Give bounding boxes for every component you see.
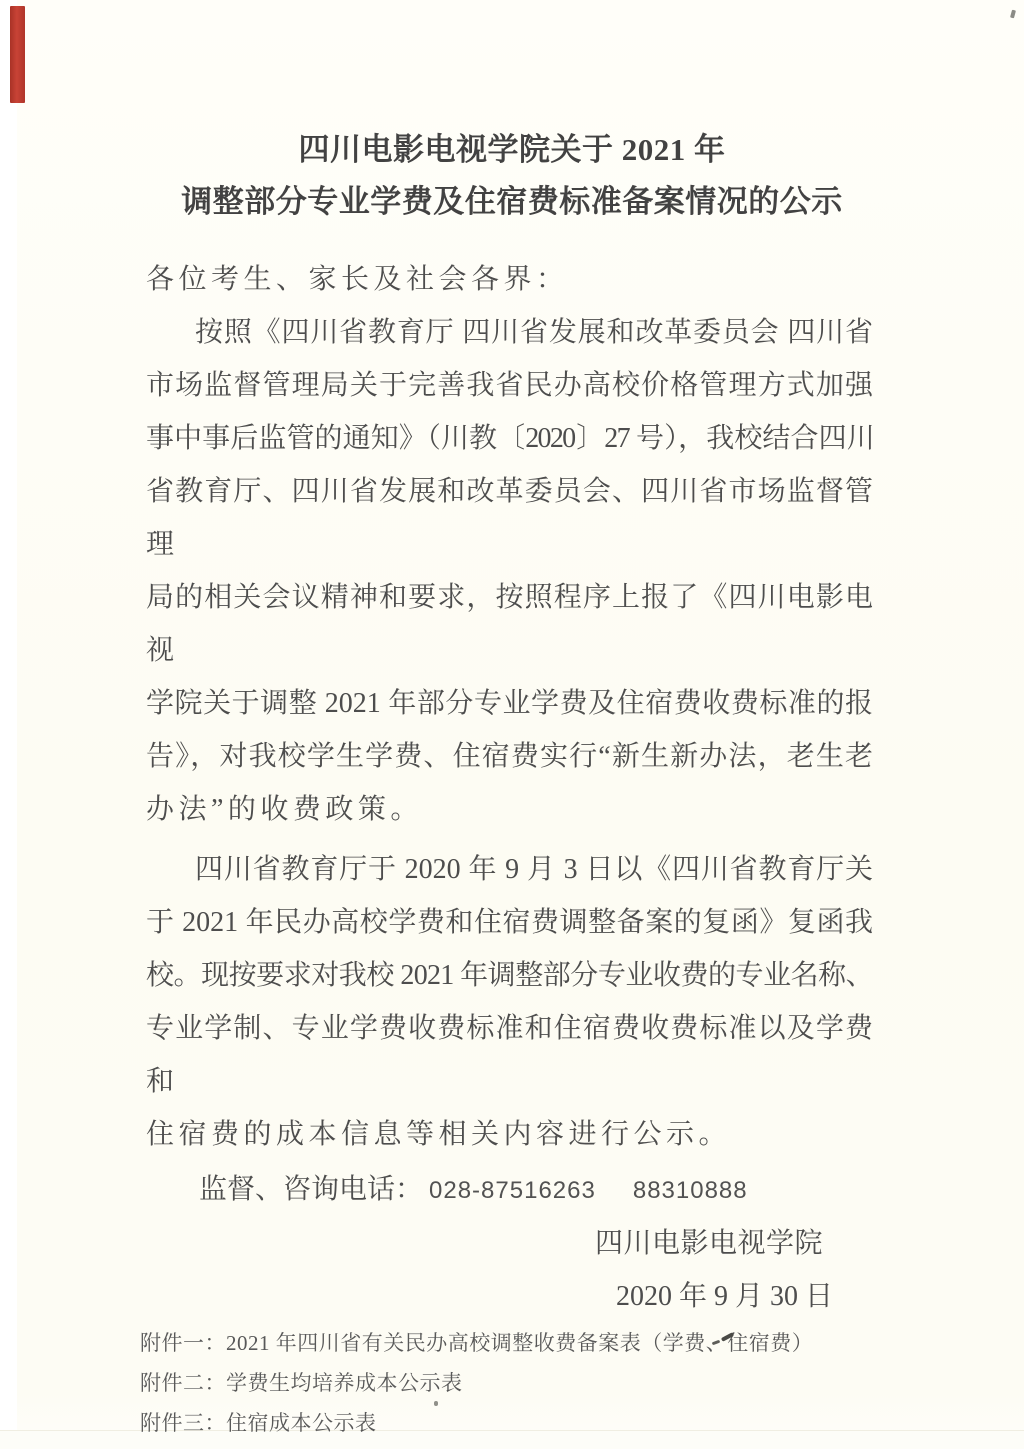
body-line: 局的相关会议精神和要求，按照程序上报了《四川电影电视	[146, 571, 873, 677]
document-body: 各位考生、家长及社会各界： 按照《四川省教育厅 四川省发展和改革委员会 四川省 …	[146, 253, 873, 1443]
paragraph-1: 按照《四川省教育厅 四川省发展和改革委员会 四川省 市场监督管理局关于完善我省民…	[146, 306, 873, 836]
contact-phone-line: 监督、咨询电话：028-8751626388310888	[146, 1163, 873, 1217]
body-line: 事中事后监管的通知》（川教〔2020〕27 号），我校结合四川	[146, 412, 873, 465]
scan-speck-bottom	[434, 1401, 438, 1406]
phone-number-2: 88310888	[633, 1177, 748, 1204]
body-line: 按照《四川省教育厅 四川省发展和改革委员会 四川省	[146, 306, 873, 359]
body-line: 于 2021 年民办高校学费和住宿费调整备案的复函》复函我	[146, 896, 873, 949]
scan-speck-top-right	[1010, 10, 1016, 19]
phone-number-1: 028-87516263	[429, 1177, 596, 1204]
signature-org: 四川电影电视学院	[146, 1217, 873, 1270]
body-line: 市场监督管理局关于完善我省民办高校价格管理方式加强	[146, 359, 873, 412]
body-line: 住宿费的成本信息等相关内容进行公示。	[146, 1108, 873, 1161]
salutation: 各位考生、家长及社会各界：	[146, 253, 873, 306]
body-line: 省教育厅、四川省发展和改革委员会、四川省市场监督管理	[146, 465, 873, 571]
contact-label: 监督、咨询电话：	[199, 1174, 423, 1205]
attachments-list: 附件一：2021 年四川省有关民办高校调整收费备案表（学费、住宿费） 附件二：学…	[140, 1323, 873, 1443]
document-title-line1: 四川电影电视学院关于 2021 年	[0, 124, 1024, 176]
attachment-item-3: 附件三：住宿成本公示表	[140, 1403, 873, 1443]
attachment-item-2: 附件二：学费生均培养成本公示表	[140, 1363, 873, 1403]
scanned-document-page: 四川电影电视学院关于 2021 年 调整部分专业学费及住宿费标准备案情况的公示 …	[0, 0, 1024, 1449]
signature-date: 2020 年 9 月 30 日	[146, 1270, 873, 1323]
attachment-item-1: 附件一：2021 年四川省有关民办高校调整收费备案表（学费、住宿费）	[140, 1323, 873, 1363]
document-title-line2: 调整部分专业学费及住宿费标准备案情况的公示	[0, 176, 1024, 228]
paragraph-2: 四川省教育厅于 2020 年 9 月 3 日以《四川省教育厅关 于 2021 年…	[146, 843, 873, 1161]
body-line: 告》，对我校学生学费、住宿费实行“新生新办法，老生老	[146, 730, 873, 783]
pen-scribble-mark	[712, 1331, 738, 1347]
body-line: 专业学制、专业学费收费标准和住宿费收费标准以及学费和	[146, 1002, 873, 1108]
body-line: 四川省教育厅于 2020 年 9 月 3 日以《四川省教育厅关	[146, 843, 873, 896]
red-bookmark-mark	[10, 6, 25, 103]
body-line: 办法”的收费政策。	[146, 783, 873, 836]
body-line: 校。现按要求对我校 2021 年调整部分专业收费的专业名称、	[146, 949, 873, 1002]
document-title: 四川电影电视学院关于 2021 年 调整部分专业学费及住宿费标准备案情况的公示	[0, 124, 1024, 228]
body-line: 学院关于调整 2021 年部分专业学费及住宿费收费标准的报	[146, 677, 873, 730]
